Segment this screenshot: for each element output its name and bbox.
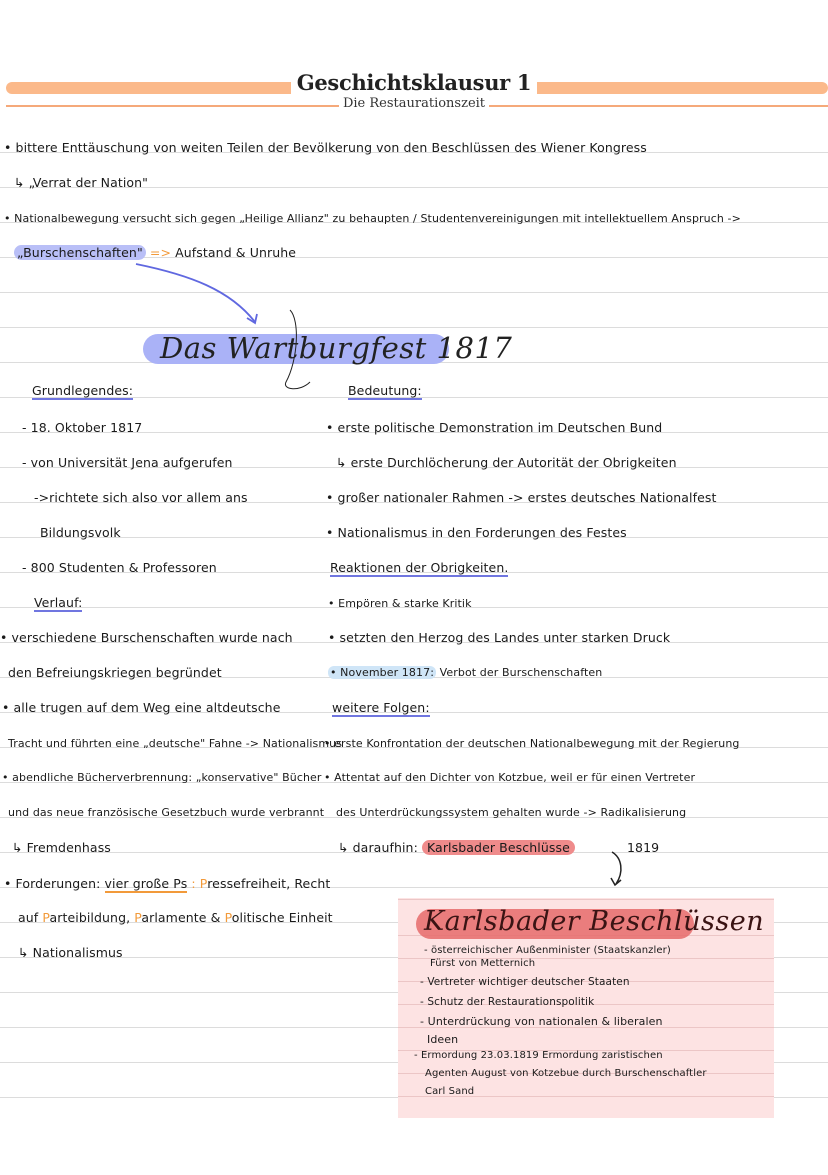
verlauf-item: den Befreiungskriegen begründet <box>8 665 222 680</box>
forderungen-line-2: auf Parteibildung, Parlamente & Politisc… <box>18 910 333 925</box>
verlauf-item: • verschiedene Burschenschaften wurde na… <box>0 630 293 645</box>
bedeutung-heading: Bedeutung: <box>348 383 422 398</box>
karlsbad-item: - österreichischer Außenminister (Staats… <box>424 945 671 956</box>
karlsbader-highlight: Karlsbader Beschlüsse <box>422 840 575 855</box>
grundlegendes-item: - 800 Studenten & Professoren <box>22 560 217 575</box>
forderungen-result: ↳ Nationalismus <box>18 945 123 960</box>
verlauf-item: und das neue französische Gesetzbuch wur… <box>8 806 324 819</box>
intro-line-4-rest: Aufstand & Unruhe <box>175 245 296 260</box>
page-title: Geschichtsklausur 1 <box>0 70 828 95</box>
verlauf-item: • alle trugen auf dem Weg eine altdeutsc… <box>2 700 281 715</box>
verlauf-item: • abendliche Bücherverbrennung: „konserv… <box>2 771 322 784</box>
grundlegendes-item: ->richtete sich also vor allem ans <box>34 490 248 505</box>
verlauf-item: ↳ Fremdenhass <box>12 840 111 855</box>
daraufhin-line: ↳ daraufhin: Karlsbader Beschlüsse <box>338 840 575 855</box>
karlsbad-title: Karlsbader Beschlüssen <box>424 906 764 937</box>
karlsbad-item: Carl Sand <box>425 1086 474 1097</box>
reaktionen-heading: Reaktionen der Obrigkeiten. <box>330 560 508 575</box>
november-highlight: • November 1817: <box>328 666 436 679</box>
grundlegendes-heading: Grundlegendes: <box>32 383 133 398</box>
wartburg-title: Das Wartburgfest 1817 <box>160 331 512 365</box>
karlsbad-item: - Schutz der Restaurationspolitik <box>420 996 594 1008</box>
bedeutung-item: ↳ erste Durchlöcherung der Autorität der… <box>336 455 677 470</box>
intro-line-1: • bittere Enttäuschung von weiten Teilen… <box>4 140 647 155</box>
karlsbad-item: Ideen <box>427 1033 458 1046</box>
bedeutung-item: • großer nationaler Rahmen -> erstes deu… <box>326 490 717 505</box>
karlsbad-item: - Vertreter wichtiger deutscher Staaten <box>420 976 630 988</box>
grundlegendes-item: Bildungsvolk <box>40 525 121 540</box>
implies-arrow: => <box>150 245 171 260</box>
folgen-item: • erste Konfrontation der deutschen Nati… <box>324 737 740 750</box>
verlauf-heading: Verlauf: <box>34 595 82 610</box>
karlsbad-item: Agenten August von Kotzebue durch Bursch… <box>425 1068 707 1079</box>
november-item: • November 1817: Verbot der Burschenscha… <box>328 666 602 679</box>
reaktionen-item: • Empören & starke Kritik <box>328 597 472 610</box>
folgen-item: • Attentat auf den Dichter von Kotzbue, … <box>324 771 695 784</box>
year-1819: 1819 <box>627 840 659 855</box>
intro-line-2: ↳ „Verrat der Nation" <box>14 175 148 190</box>
folgen-item: des Unterdrückungssystem gehalten wurde … <box>336 806 686 819</box>
verlauf-item: Tracht und führten eine „deutsche" Fahne… <box>8 737 342 750</box>
burschenschaften-highlight: „Burschenschaften" <box>14 245 146 260</box>
intro-line-4: „Burschenschaften" => Aufstand & Unruhe <box>14 245 296 260</box>
grundlegendes-item: - von Universität Jena aufgerufen <box>22 455 233 470</box>
page-subtitle: Die Restaurationszeit <box>0 96 828 111</box>
bedeutung-item: • erste politische Demonstration im Deut… <box>326 420 662 435</box>
karlsbad-item: - Ermordung 23.03.1819 Ermordung zaristi… <box>414 1050 663 1061</box>
karlsbad-item: - Unterdrückung von nationalen & liberal… <box>420 1015 663 1028</box>
grundlegendes-item: - 18. Oktober 1817 <box>22 420 142 435</box>
reaktionen-item: • setzten den Herzog des Landes unter st… <box>328 630 670 645</box>
folgen-heading: weitere Folgen: <box>332 700 430 715</box>
intro-line-3: • Nationalbewegung versucht sich gegen „… <box>4 212 741 225</box>
vier-ps-highlight: vier große Ps <box>105 876 188 893</box>
forderungen-line-1: • Forderungen: vier große Ps : Pressefre… <box>4 876 330 891</box>
karlsbad-item: Fürst von Metternich <box>430 958 535 969</box>
bedeutung-item: • Nationalismus in den Forderungen des F… <box>326 525 627 540</box>
